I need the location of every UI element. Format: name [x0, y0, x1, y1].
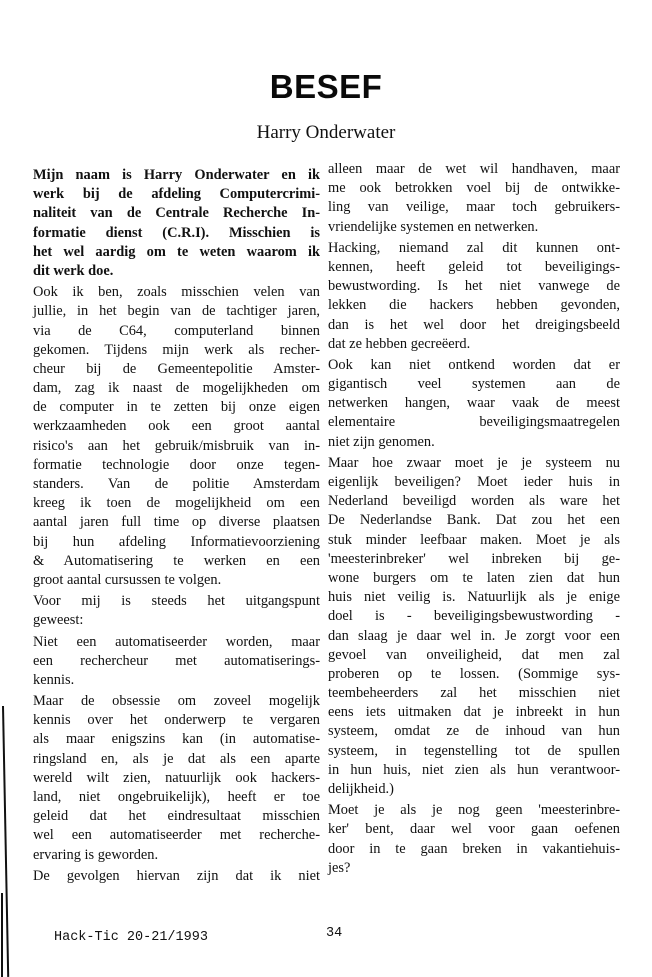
- text-line: de computer in te zetten bij onze eigen: [33, 398, 320, 417]
- text-line: Niet een automatiseerder worden, maar: [33, 633, 320, 652]
- text-line: via de C64, computerland binnen: [33, 322, 320, 341]
- text-line: & Automatisering te werken en een: [33, 552, 320, 571]
- left-column: Mijn naam is Harry Onderwater en ikwerk …: [33, 166, 320, 888]
- text-line: kennen, heeft geleid tot beveiligings-: [328, 258, 620, 277]
- text-line: wereld wilt zien, natuurlijk ook hackers…: [33, 769, 320, 788]
- text-line: ker' bent, daar wel voor gaan oefenen: [328, 820, 620, 839]
- text-line: formatie dienst (C.R.I). Misschien is: [33, 224, 320, 243]
- text-line: risico's aan het gebruik/misbruik van in…: [33, 437, 320, 456]
- text-line: land, niet ongebruikelijk), heeft er toe: [33, 788, 320, 807]
- text-line: Hacking, niemand zal dit kunnen ont-: [328, 239, 620, 258]
- text-line: ringsland en, als je dat als een aparte: [33, 750, 320, 769]
- text-line: aantal jaren full time op diverse plaats…: [33, 513, 320, 532]
- text-line: doel is - beveiligingsbewustwording -: [328, 607, 620, 626]
- paragraph: Ook kan niet ontkend worden dat ergigant…: [328, 356, 620, 452]
- article-author: Harry Onderwater: [0, 122, 652, 144]
- text-line: ling van veilige, maar toch gebruikers-: [328, 198, 620, 217]
- text-line: dan slaag je daar wel in. Je zorgt voor …: [328, 627, 620, 646]
- text-line: Ook ik ben, zoals misschien velen van: [33, 283, 320, 302]
- text-line: naliteit van de Centrale Recherche In-: [33, 204, 320, 223]
- paragraph: De gevolgen hiervan zijn dat ik niet: [33, 867, 320, 886]
- text-line: gevoel van onveiligheid, dat men zal: [328, 646, 620, 665]
- text-line: gigantisch veel systemen aan de: [328, 375, 620, 394]
- text-line: een rechercheur met automatiserings-: [33, 652, 320, 671]
- text-line: netwerken hangen, waar vaak de meest: [328, 394, 620, 413]
- text-line: cheur bij de Gemeentepolitie Amster-: [33, 360, 320, 379]
- text-line: Nederland beveiligd worden als ware het: [328, 492, 620, 511]
- paragraph: Voor mij is steeds het uitgangspuntgewee…: [33, 592, 320, 630]
- publication-footer: Hack-Tic 20-21/1993: [54, 930, 208, 945]
- text-line: stuk minder leefbaar maken. Moet je als: [328, 531, 620, 550]
- text-line: werkzaamheden ook een groot aantal: [33, 417, 320, 436]
- text-line: Voor mij is steeds het uitgangspunt: [33, 592, 320, 611]
- text-line: bewustwording. Is het niet vanwege de: [328, 277, 620, 296]
- text-line: eens iets uitmaken dat je inbreekt in hu…: [328, 703, 620, 722]
- text-line: door in te gaan breken in vakantiehuis-: [328, 840, 620, 859]
- text-line: De Nederlandse Bank. Dat zou het een: [328, 511, 620, 530]
- text-line: De gevolgen hiervan zijn dat ik niet: [33, 867, 320, 886]
- text-line: kreeg ik toen de mogelijkheid om een: [33, 494, 320, 513]
- text-line: geweest:: [33, 611, 320, 630]
- text-line: lekken die hackers hebben gevonden,: [328, 296, 620, 315]
- text-line: in hun huis, niet zien als hun verantwoo…: [328, 761, 620, 780]
- text-line: jes?: [328, 859, 620, 878]
- text-line: gekomen. Tijdens mijn werk als recher-: [33, 341, 320, 360]
- text-line: systeem, omdat ze de inhoud van hun: [328, 722, 620, 741]
- paragraph: Moet je als je nog geen 'meesterinbre-ke…: [328, 801, 620, 878]
- text-line: wel een automatiseerder met recherche-: [33, 826, 320, 845]
- text-line: geleid dat het eindresultaat misschien: [33, 807, 320, 826]
- text-line: bij hun afdeling Informatievoorziening: [33, 533, 320, 552]
- text-line: dan is het wel door het dreigingsbeeld: [328, 316, 620, 335]
- paragraph: Maar hoe zwaar moet je je systeem nueige…: [328, 454, 620, 799]
- text-line: wone burgers om te laten zien dat hun: [328, 569, 620, 588]
- text-line: dam, zag ik naast de mogelijkheden om: [33, 379, 320, 398]
- text-line: dat ze hebben gecreëerd.: [328, 335, 620, 354]
- text-line: proberen op te lossen. (Sommige sys-: [328, 665, 620, 684]
- text-line: eigenlijk beveiligen? Moet ieder huis in: [328, 473, 620, 492]
- intro-paragraph: Mijn naam is Harry Onderwater en ikwerk …: [33, 166, 320, 281]
- text-line: ervaring is geworden.: [33, 846, 320, 865]
- binding-edge-line: [2, 706, 9, 977]
- text-line: systeem, in tegenstelling tot de spullen: [328, 742, 620, 761]
- paragraph: Hacking, niemand zal dit kunnen ont-kenn…: [328, 239, 620, 354]
- text-line: Mijn naam is Harry Onderwater en ik: [33, 166, 320, 185]
- text-line: groot aantal cursussen te volgen.: [33, 571, 320, 590]
- text-line: alleen maar de wet wil handhaven, maar: [328, 160, 620, 179]
- text-line: 'meesterinbreker' wel inbreken bij ge-: [328, 550, 620, 569]
- paragraph: Niet een automatiseerder worden, maareen…: [33, 633, 320, 691]
- text-line: werk bij de afdeling Computercrimi-: [33, 185, 320, 204]
- text-line: me ook betrokken voel bij de ontwikke-: [328, 179, 620, 198]
- text-line: Moet je als je nog geen 'meesterinbre-: [328, 801, 620, 820]
- page-number: 34: [326, 926, 342, 941]
- text-line: jullie, in het begin van de tachtiger ja…: [33, 302, 320, 321]
- right-column: alleen maar de wet wil handhaven, maarme…: [328, 160, 620, 880]
- text-line: formatie technologie door onze tegen-: [33, 456, 320, 475]
- text-line: dit werk doe.: [33, 262, 320, 281]
- text-line: vriendelijke systemen en netwerken.: [328, 218, 620, 237]
- text-line: teembeheerders zal het misschien niet: [328, 684, 620, 703]
- text-line: Maar hoe zwaar moet je je systeem nu: [328, 454, 620, 473]
- text-line: het wel aardig om te weten waarom ik: [33, 243, 320, 262]
- text-line: kennis.: [33, 671, 320, 690]
- paragraph: alleen maar de wet wil handhaven, maarme…: [328, 160, 620, 237]
- article-title: BESEF: [0, 68, 652, 106]
- binding-edge-line: [1, 893, 3, 977]
- text-line: kennis over het onderwerp te vergaren: [33, 711, 320, 730]
- text-line: huis niet veilig is. Natuurlijk als je e…: [328, 588, 620, 607]
- text-line: delijkheid.): [328, 780, 620, 799]
- text-line: Ook kan niet ontkend worden dat er: [328, 356, 620, 375]
- text-line: Maar de obsessie om zoveel mogelijk: [33, 692, 320, 711]
- paragraph: Maar de obsessie om zoveel mogelijkkenni…: [33, 692, 320, 865]
- text-line: als maar enigszins kan (in automatise-: [33, 730, 320, 749]
- text-line: niet zijn genomen.: [328, 433, 620, 452]
- text-line: standers. Van de politie Amsterdam: [33, 475, 320, 494]
- text-line: elementaire beveiligingsmaatregelen: [328, 413, 620, 432]
- paragraph: Ook ik ben, zoals misschien velen vanjul…: [33, 283, 320, 590]
